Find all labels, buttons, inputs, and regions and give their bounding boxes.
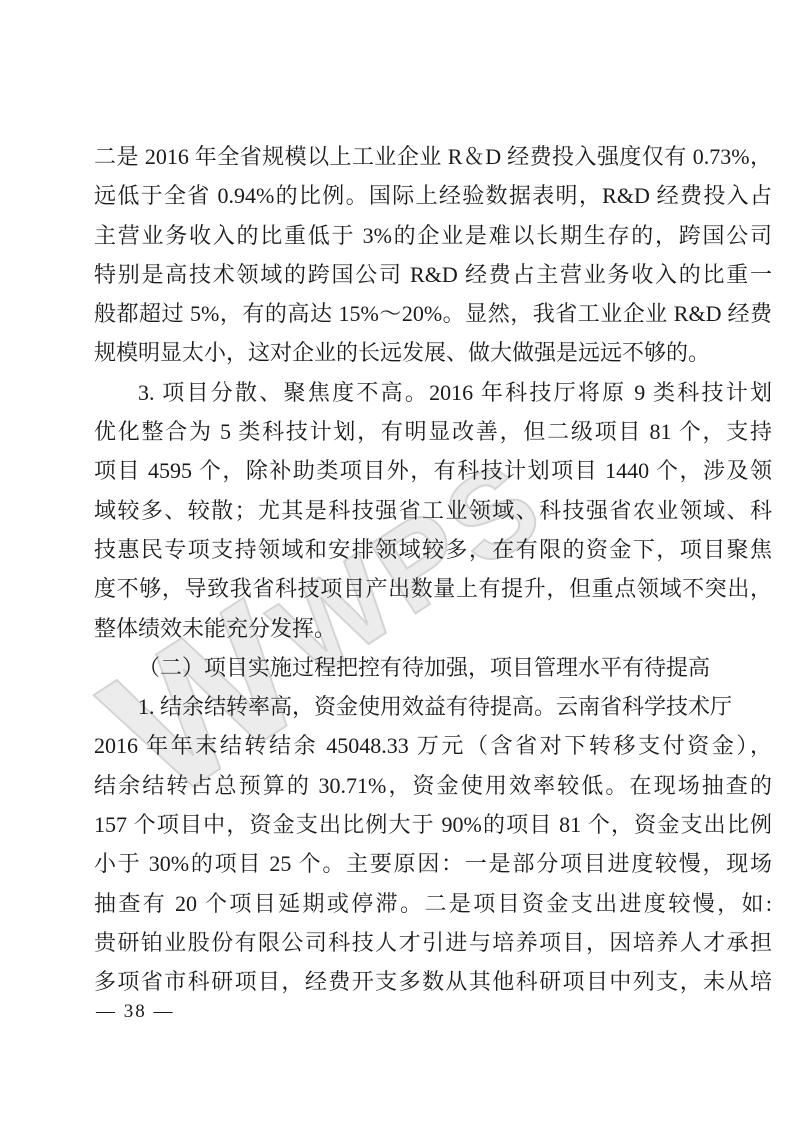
text-line: 优化整合为 5 类科技计划，有明显改善，但二级项目 81 个，支持 bbox=[94, 412, 772, 451]
text-line: 小于 30%的项目 25 个。主要原因：一是部分项目进度较慢，现场 bbox=[94, 844, 772, 883]
text-line: 般都超过 5%，有的高达 15%～20%。显然，我省工业企业 R&D 经费 bbox=[94, 294, 772, 333]
text-line: 整体绩效未能充分发挥。 bbox=[94, 609, 772, 648]
text-line: 主营业务收入的比重低于 3%的企业是难以长期生存的，跨国公司 bbox=[94, 216, 772, 255]
text-line: 多项省市科研项目，经费开支多数从其他科研项目中列支，未从培 bbox=[94, 962, 772, 1001]
text-line: 度不够，导致我省科技项目产出数量上有提升，但重点领域不突出， bbox=[94, 569, 772, 608]
text-line: 结余结转占总预算的 30.71%，资金使用效率较低。在现场抽查的 bbox=[94, 766, 772, 805]
text-line: 2016 年年末结转结余 45048.33 万元（含省对下转移支付资金）， bbox=[94, 726, 772, 765]
text-line: 规模明显太小，这对企业的长远发展、做大做强是远远不够的。 bbox=[94, 333, 772, 372]
page-number: — 38 — bbox=[96, 1001, 175, 1023]
text-line: 特别是高技术领域的跨国公司 R&D 经费占主营业务收入的比重一 bbox=[94, 255, 772, 294]
text-line: 贵研铂业股份有限公司科技人才引进与培养项目，因培养人才承担 bbox=[94, 923, 772, 962]
text-line: 3. 项目分散、聚焦度不高。2016 年科技厅将原 9 类科技计划 bbox=[94, 373, 772, 412]
text-line: 技惠民专项支持领域和安排领域较多，在有限的资金下，项目聚焦 bbox=[94, 530, 772, 569]
text-line: 抽查有 20 个项目延期或停滞。二是项目资金支出进度较慢，如: bbox=[94, 884, 772, 923]
text-line: （二）项目实施过程把控有待加强，项目管理水平有待提高 bbox=[94, 648, 772, 687]
text-line: 157 个项目中，资金支出比例大于 90%的项目 81 个，资金支出比例 bbox=[94, 805, 772, 844]
document-page: W WPS 二是 2016 年全省规模以上工业企业 R＆D 经费投入强度仅有 0… bbox=[0, 0, 793, 1122]
document-body: 二是 2016 年全省规模以上工业企业 R＆D 经费投入强度仅有 0.73%，远… bbox=[94, 137, 772, 1002]
text-line: 域较多、较散；尤其是科技强省工业领域、科技强省农业领域、科 bbox=[94, 491, 772, 530]
text-line: 二是 2016 年全省规模以上工业企业 R＆D 经费投入强度仅有 0.73%， bbox=[94, 137, 772, 176]
text-line: 项目 4595 个，除补助类项目外，有科技计划项目 1440 个，涉及领 bbox=[94, 451, 772, 490]
text-line: 1. 结余结转率高，资金使用效益有待提高。云南省科学技术厅 bbox=[94, 687, 772, 726]
text-line: 远低于全省 0.94%的比例。国际上经验数据表明，R&D 经费投入占 bbox=[94, 176, 772, 215]
